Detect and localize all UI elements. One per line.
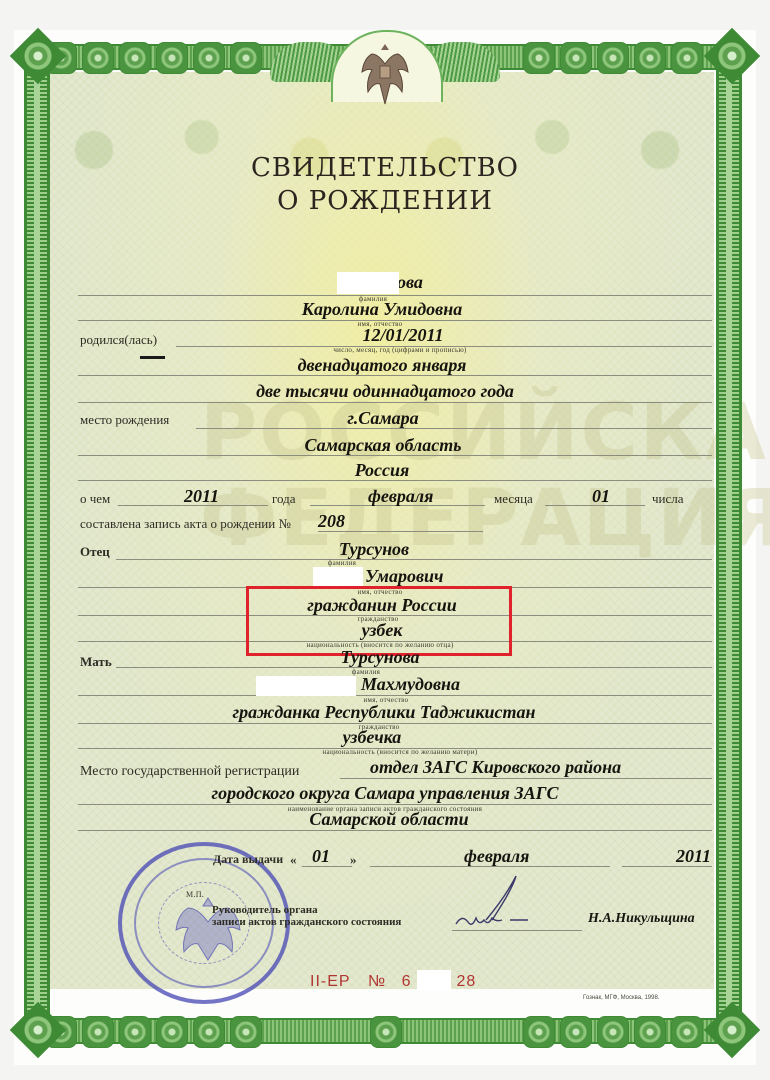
border-rosette xyxy=(560,1016,592,1048)
record-day: 01 xyxy=(592,486,610,507)
highlight-box xyxy=(246,586,512,656)
head-label-2: записи актов гражданского состояния xyxy=(212,916,401,928)
father-name: Умарович xyxy=(365,566,443,587)
field-line xyxy=(78,402,712,403)
field-line xyxy=(78,830,712,831)
border-rosette xyxy=(523,1016,555,1048)
border-rosette xyxy=(156,1016,188,1048)
mother-surname: Турсунова xyxy=(340,647,419,668)
mother-citizenship: гражданка Республики Таджикистан xyxy=(233,702,536,723)
birthplace-region: Самарская область xyxy=(305,435,462,456)
document-subtitle: О РОЖДЕНИИ xyxy=(0,186,770,216)
head-label-1: Руководитель органа xyxy=(212,904,318,916)
year-label: года xyxy=(272,491,296,507)
mother-nationality: узбечка xyxy=(343,727,402,748)
birth-date-words-1: двенадцатого января xyxy=(298,355,467,376)
field-line xyxy=(340,778,712,779)
field-line xyxy=(196,428,712,429)
birthplace-city: г.Самара xyxy=(347,408,418,429)
month-label: месяца xyxy=(494,491,533,507)
registration-line-3: Самарской области xyxy=(309,809,468,830)
border-rosette xyxy=(82,42,114,74)
border-rosette xyxy=(671,42,703,74)
born-label: родился(лась) xyxy=(80,332,157,348)
border-rosette xyxy=(597,42,629,74)
birth-date-caption: число, месяц, год (цифрами и прописью) xyxy=(333,346,466,354)
day-label: числа xyxy=(652,491,684,507)
serial-number-start: 6 xyxy=(402,973,412,990)
father-surname-caption: фамилия xyxy=(328,559,356,567)
serial-series: II-ЕР xyxy=(310,973,351,990)
border-rosette xyxy=(634,42,666,74)
issue-day: 01 xyxy=(312,846,330,867)
serial-number-end: 28 xyxy=(456,973,476,990)
registration-line-1: отдел ЗАГС Кировского района xyxy=(370,757,621,778)
border-rosette xyxy=(634,1016,666,1048)
dash-mark xyxy=(140,356,165,359)
record-month: февраля xyxy=(368,486,433,507)
birth-date-words-2: две тысячи одиннадцатого года xyxy=(256,381,514,402)
registration-label: Место государственной регистрации xyxy=(80,764,299,780)
child-surname: ова xyxy=(397,272,423,293)
mother-name: Махмудовна xyxy=(361,674,460,695)
birthplace-country: Россия xyxy=(355,460,410,481)
border-rosette xyxy=(597,1016,629,1048)
border-rosette xyxy=(193,42,225,74)
redaction xyxy=(337,272,399,294)
child-name: Каролина Умидовна xyxy=(302,299,462,320)
father-label: Отец xyxy=(80,544,110,560)
border-rosette xyxy=(523,42,555,74)
border-rosette xyxy=(230,1016,262,1048)
redaction xyxy=(256,676,356,696)
head-name: Н.А.Никульщина xyxy=(588,911,695,927)
registration-line-2: городского округа Самара управления ЗАГС xyxy=(212,783,559,804)
issue-month: февраля xyxy=(464,846,529,867)
serial-number: II-ЕР № 6 28 xyxy=(310,970,476,991)
border-rosette xyxy=(193,1016,225,1048)
mother-label: Мать xyxy=(80,654,112,670)
mother-nationality-caption: национальность (вносится по желанию мате… xyxy=(323,748,478,756)
field-line xyxy=(116,559,712,560)
border-rosette xyxy=(370,1016,402,1048)
record-year: 2011 xyxy=(184,486,219,507)
birth-date: 12/01/2011 xyxy=(362,325,443,346)
border-rosette xyxy=(119,42,151,74)
border-rosette xyxy=(671,1016,703,1048)
border-rosette xyxy=(156,42,188,74)
signature-icon xyxy=(452,872,562,932)
serial-number-sign: № xyxy=(368,973,386,990)
issue-year: 2011 xyxy=(676,846,711,867)
printer-imprint: Гознак, МГФ, Москва, 1998. xyxy=(583,995,659,1001)
field-line xyxy=(78,295,712,296)
issue-date-label: Дата выдачи xyxy=(213,852,283,867)
record-number: 208 xyxy=(318,511,345,532)
about-label: о чем xyxy=(80,491,110,507)
record-label: составлена запись акта о рождении № xyxy=(80,516,291,532)
coat-of-arms-icon xyxy=(360,40,410,110)
issue-close-quote: » xyxy=(350,852,357,868)
seal-label: М.П. xyxy=(186,890,204,899)
birthplace-label: место рождения xyxy=(80,412,169,428)
issue-open-quote: « xyxy=(290,852,297,868)
redaction xyxy=(313,567,363,587)
border-rosette xyxy=(560,42,592,74)
border-rosette xyxy=(82,1016,114,1048)
father-surname: Турсунов xyxy=(339,539,409,560)
document-title: СВИДЕТЕЛЬСТВО xyxy=(0,153,770,183)
border-rosette xyxy=(230,42,262,74)
border-rosette xyxy=(119,1016,151,1048)
redaction xyxy=(417,970,451,990)
